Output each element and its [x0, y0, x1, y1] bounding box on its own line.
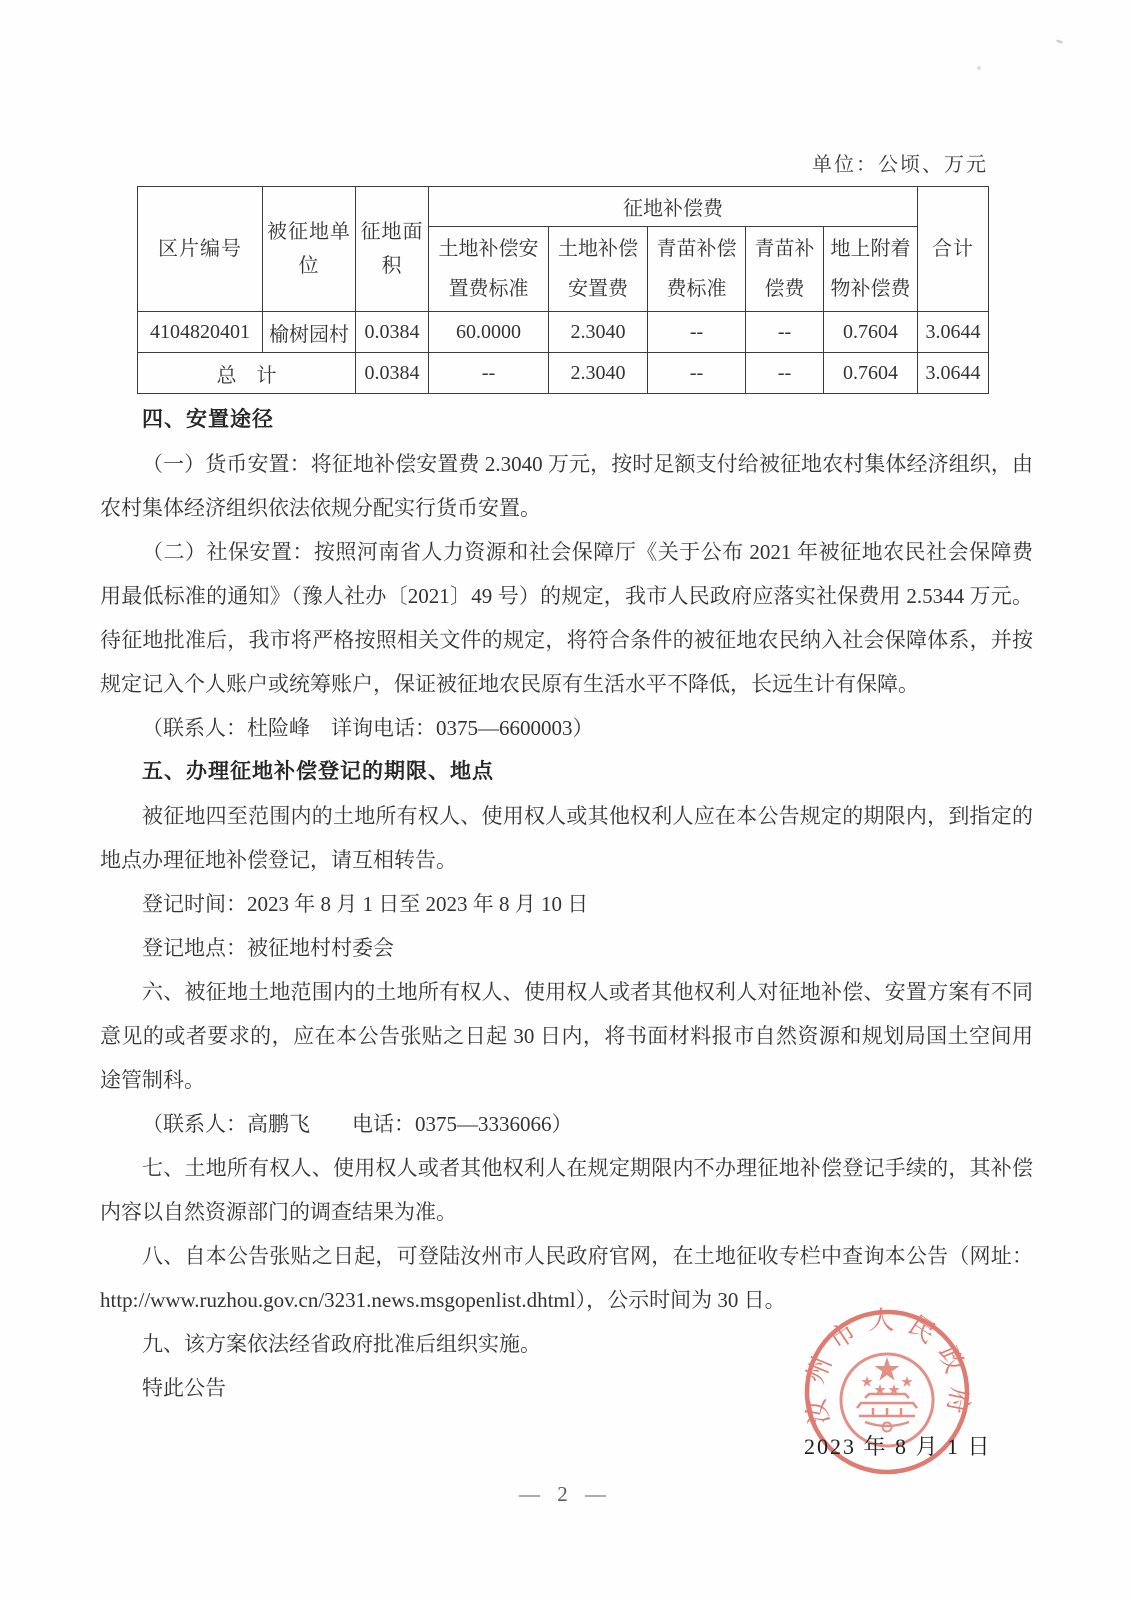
table-unit-label: 单位：公顷、万元 [812, 148, 988, 177]
cell-land-comp-fee: 2.3040 [549, 312, 648, 353]
scan-speck [977, 66, 981, 70]
issue-date: 2023 年 8 月 1 日 [804, 1430, 992, 1461]
paragraph-registration-time: 登记时间：2023 年 8 月 1 日至 2023 年 8 月 10 日 [100, 882, 1033, 926]
col-header-seedling-fee: 青苗补偿费 [746, 227, 824, 312]
col-header-land-comp-std: 土地补偿安置费标准 [429, 227, 549, 312]
emblem-tiananmen-gate [857, 1394, 917, 1432]
cell-total: 3.0644 [918, 312, 989, 353]
cell-total-label: 总 计 [138, 353, 356, 394]
cell-land-comp-std: 60.0000 [429, 312, 549, 353]
cell-seedling-fee: -- [746, 353, 824, 394]
announcement-body: 四、安置途径 （一）货币安置：将征地补偿安置费 2.3040 万元，按时足额支付… [100, 398, 1033, 1410]
paragraph-monetary-resettlement: （一）货币安置：将征地补偿安置费 2.3040 万元，按时足额支付给被征地农村集… [100, 442, 1033, 530]
cell-land-comp-fee: 2.3040 [549, 353, 648, 394]
col-header-attachment-fee: 地上附着物补偿费 [824, 227, 918, 312]
paragraph-registration-scope: 被征地四至范围内的土地所有权人、使用权人或其他权利人应在本公告规定的期限内，到指… [100, 794, 1033, 882]
cell-unit: 榆树园村 [263, 312, 356, 353]
col-header-seedling-std: 青苗补偿费标准 [648, 227, 746, 312]
compensation-table: 区片编号 被征地单位 征地面积 征地补偿费 合计 土地补偿安置费标准 土地补偿安… [137, 186, 989, 394]
col-header-block-no: 区片编号 [138, 187, 263, 312]
cell-area: 0.0384 [356, 353, 429, 394]
paragraph-registration-place: 登记地点：被征地村村委会 [100, 926, 1033, 970]
paragraph-section-6-objection: 六、被征地土地范围内的土地所有权人、使用权人或者其他权利人对征地补偿、安置方案有… [100, 970, 1033, 1102]
cell-total: 3.0644 [918, 353, 989, 394]
emblem-big-star [875, 1357, 900, 1381]
col-header-unit: 被征地单位 [263, 187, 356, 312]
paragraph-contact-du: （联系人：杜险峰 详询电话：0375—6600003） [100, 706, 1033, 750]
emblem-small-star [901, 1376, 912, 1387]
cell-attachment-fee: 0.7604 [824, 353, 918, 394]
col-header-land-comp-fee: 土地补偿安置费 [549, 227, 648, 312]
cell-seedling-std: -- [648, 312, 746, 353]
paragraph-section-7-deadline: 七、土地所有权人、使用权人或者其他权利人在规定期限内不办理征地补偿登记手续的，其… [100, 1146, 1033, 1234]
col-group-header-compensation: 征地补偿费 [429, 187, 918, 227]
document-page: 单位：公顷、万元 区片编号 被征地单位 征地面积 征地补偿费 合计 土地补偿安置… [0, 0, 1131, 1600]
cell-land-comp-std: -- [429, 353, 549, 394]
col-header-total: 合计 [918, 187, 989, 312]
section-4-heading: 四、安置途径 [100, 398, 1033, 442]
table-row: 4104820401 榆树园村 0.0384 60.0000 2.3040 --… [138, 312, 989, 353]
section-5-heading: 五、办理征地补偿登记的期限、地点 [100, 750, 1033, 794]
page-number: — 2 — [0, 1482, 1131, 1507]
cell-seedling-std: -- [648, 353, 746, 394]
cell-block-no: 4104820401 [138, 312, 263, 353]
cell-seedling-fee: -- [746, 312, 824, 353]
emblem-small-star [861, 1376, 872, 1387]
table-total-row: 总 计 0.0384 -- 2.3040 -- -- 0.7604 3.0644 [138, 353, 989, 394]
cell-attachment-fee: 0.7604 [824, 312, 918, 353]
paragraph-contact-gao: （联系人：高鹏飞 电话：0375—3336066） [100, 1102, 1033, 1146]
cell-area: 0.0384 [356, 312, 429, 353]
paragraph-social-security-resettlement: （二）社保安置：按照河南省人力资源和社会保障厅《关于公布 2021 年被征地农民… [100, 530, 1033, 706]
col-header-area: 征地面积 [356, 187, 429, 312]
scan-speck [1056, 39, 1064, 44]
